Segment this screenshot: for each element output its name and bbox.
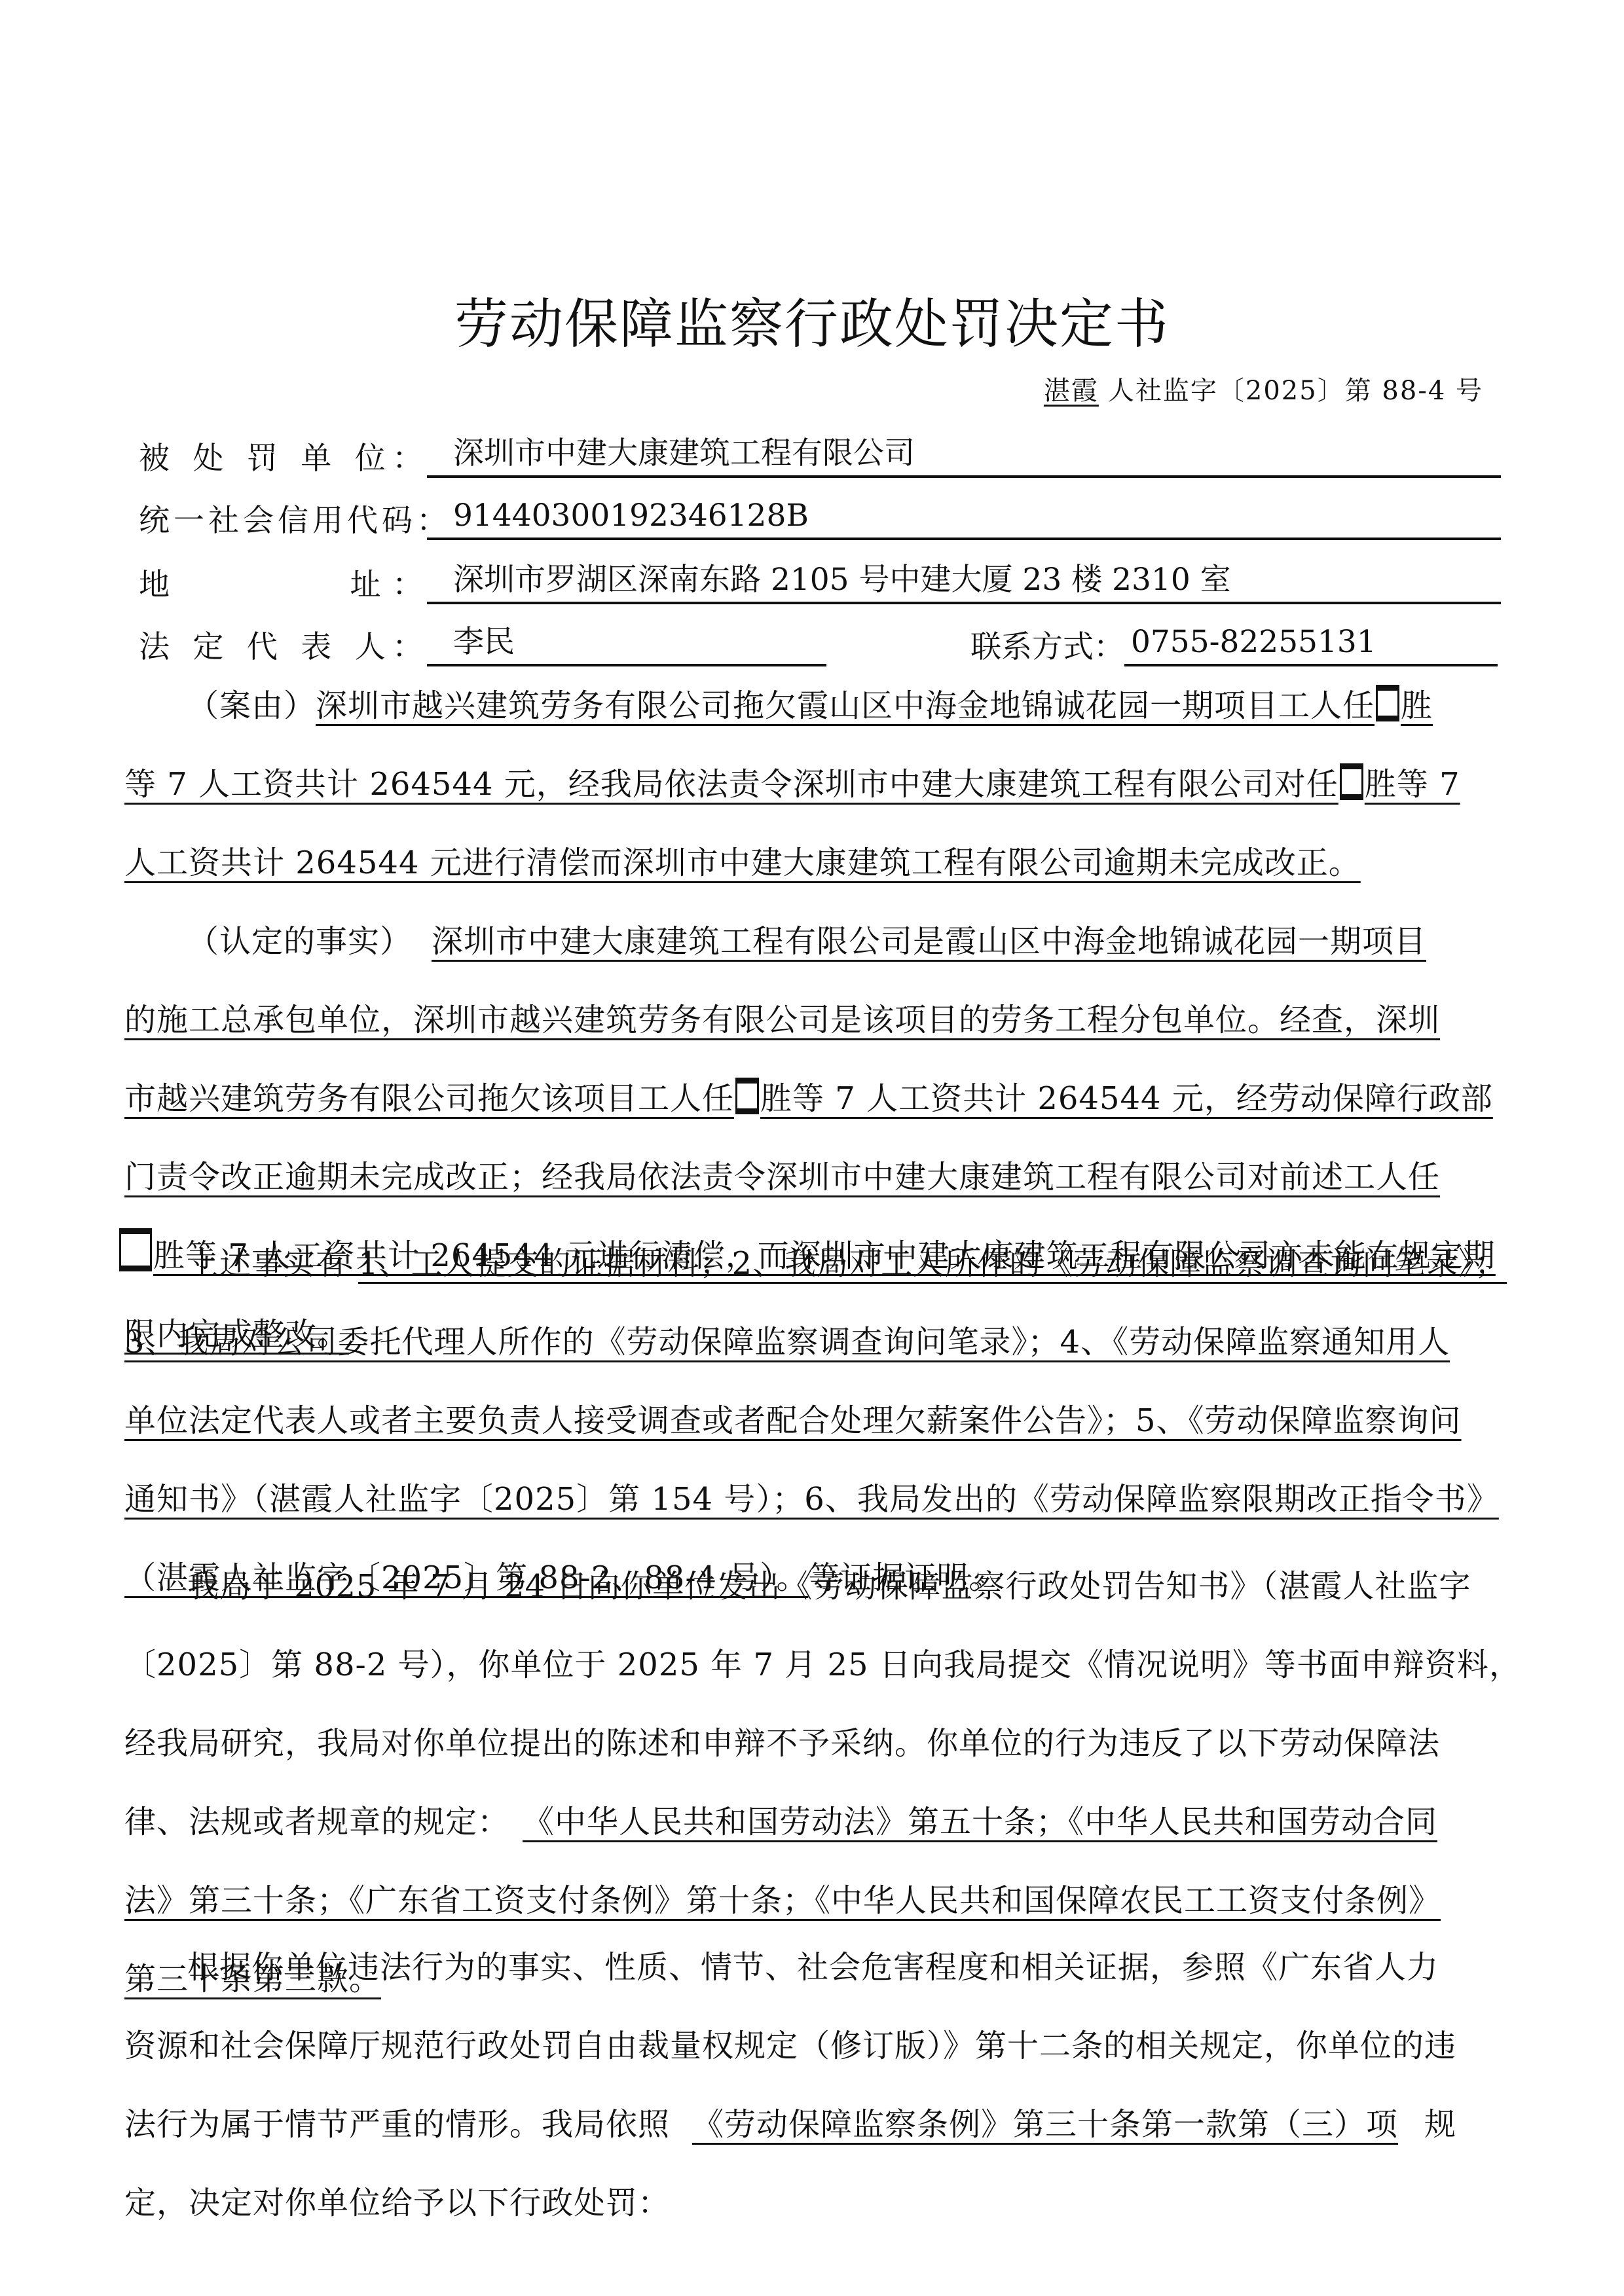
field-value-credit-code: 91440300192346128B — [427, 494, 1501, 540]
legal-basis-text: 《劳动保障监察条例》第三十条第一款第（三）项 — [692, 2106, 1398, 2143]
facts-text: 深圳市中建大康建筑工程有限公司是霞山区中海金地锦诚花园一期项目 — [432, 923, 1426, 960]
evidence-text: 通知书》（湛霞人社监字〔2025〕第 154 号）；6、我局发出的《劳动保障监察… — [124, 1481, 1499, 1518]
facts-text: 市越兴建筑劳务有限公司拖欠该项目工人任 — [124, 1080, 734, 1117]
facts-text: 的施工总承包单位，深圳市越兴建筑劳务有限公司是该项目的劳务工程分包单位。经查，深… — [124, 1002, 1440, 1038]
field-value-contact: 0755-82255131 — [1124, 621, 1498, 666]
law-text: 法》第三十条；《广东省工资支付条例》第十条；《中华人民共和国保障农民工工资支付条… — [124, 1882, 1441, 1919]
law-lead: 律、法规或者规章的规定： — [124, 1804, 509, 1840]
decision-text: 规 — [1424, 2106, 1456, 2143]
legal-basis: 《劳动保障监察条例》第三十条第一款第（三）项 — [670, 2106, 1424, 2143]
field-label-contact: 联系方式： — [970, 623, 1124, 666]
field-label: 被 处 罚 单 位： — [139, 434, 427, 478]
case-cause-paragraph: （案由）深圳市越兴建筑劳务有限公司拖欠霞山区中海金地锦诚花园一期项目工人任胜 等… — [124, 666, 1486, 902]
redaction-box — [735, 1078, 759, 1114]
decision-text: 资源和社会保障厅规范行政处罚自由裁量权规定（修订版）》第十二条的相关规定，你单位… — [124, 2007, 1486, 2085]
case-cause-text: 人工资共计 264544 元进行清偿而深圳市中建大康建筑工程有限公司逾期未完成改… — [124, 845, 1361, 881]
field-value-address: 深圳市罗湖区深南东路 2105 号中建大厦 23 楼 2310 室 — [427, 558, 1501, 604]
decision-paragraph: 根据你单位违法行为的事实、性质、情节、社会危害程度和相关证据，参照《广东省人力 … — [124, 1928, 1486, 2242]
case-cause-text: 深圳市越兴建筑劳务有限公司拖欠霞山区中海金地锦诚花园一期项目工人任 — [316, 687, 1375, 724]
facts-label: （认定的事实） — [187, 923, 412, 960]
case-cause-label: （案由） — [187, 687, 316, 724]
document-number: 湛霞人社监字〔2025〕第 88-4 号 — [1025, 370, 1483, 407]
field-value-penalized-unit: 深圳市中建大康建筑工程有限公司 — [427, 432, 1501, 478]
redaction-box — [1340, 763, 1363, 800]
case-cause-text: 胜 — [1401, 687, 1433, 724]
evidence-text: 3、我局对公司委托代理人所作的《劳动保障监察调查询问笔录》；4、《劳动保障监察通… — [124, 1324, 1450, 1360]
doc-number-rest: 人社监字〔2025〕第 88-4 号 — [1108, 376, 1483, 406]
document-title: 劳动保障监察行政处罚决定书 — [0, 282, 1624, 358]
decision-text: 法行为属于情节严重的情形。我局依照 — [124, 2106, 670, 2143]
procedure-text: 〔2025〕第 88-2 号），你单位于 2025 年 7 月 25 日向我局提… — [124, 1626, 1486, 1704]
field-penalized-unit: 被 处 罚 单 位： 深圳市中建大康建筑工程有限公司 — [139, 419, 1501, 478]
case-cause-text: 胜等 7 — [1365, 766, 1460, 803]
procedure-text: 我局于 2025 年 7 月 24 日向你单位发出《劳动保障监察行政处罚告知书》… — [124, 1547, 1486, 1626]
field-value-legal-rep: 李民 — [427, 621, 826, 666]
law-text: 《中华人民共和国劳动法》第五十条；《中华人民共和国劳动合同 — [523, 1804, 1437, 1840]
field-label: 法 定 代 表 人： — [139, 623, 427, 666]
field-credit-code: 统一社会信用代码： 91440300192346128B — [139, 481, 1501, 540]
facts-text: 胜等 7 人工资共计 264544 元，经劳动保障行政部 — [760, 1080, 1493, 1117]
doc-number-prefix: 湛霞 — [1025, 376, 1108, 406]
evidence-text: 单位法定代表人或者主要负责人接受调查或者配合处理欠薪案件公告》；5、《劳动保障监… — [124, 1402, 1462, 1439]
decision-text: 根据你单位违法行为的事实、性质、情节、社会危害程度和相关证据，参照《广东省人力 — [124, 1928, 1486, 2007]
procedure-text: 经我局研究，我局对你单位提出的陈述和申辩不予采纳。你单位的行为违反了以下劳动保障… — [124, 1704, 1486, 1783]
field-legal-rep: 法 定 代 表 人： 李民 联系方式： 0755-82255131 — [139, 608, 1498, 666]
case-cause-text: 等 7 人工资共计 264544 元，经我局依法责令深圳市中建大康建筑工程有限公… — [124, 766, 1338, 803]
decision-text: 定，决定对你单位给予以下行政处罚： — [124, 2164, 1486, 2242]
evidence-text: 1、工人提交的证据材料；2、我局对工人所作的《劳动保障监察调查询问笔录》； — [358, 1245, 1507, 1282]
field-label: 统一社会信用代码： — [139, 496, 427, 540]
facts-text: 门责令改正逾期未完成改正；经我局依法责令深圳市中建大康建筑工程有限公司对前述工人… — [124, 1159, 1440, 1195]
field-address: 地 址： 深圳市罗湖区深南东路 2105 号中建大厦 23 楼 2310 室 — [139, 545, 1501, 604]
field-label: 地 址： — [139, 560, 427, 604]
redaction-box — [1376, 685, 1399, 721]
evidence-lead: 上述事实有 — [187, 1245, 348, 1282]
